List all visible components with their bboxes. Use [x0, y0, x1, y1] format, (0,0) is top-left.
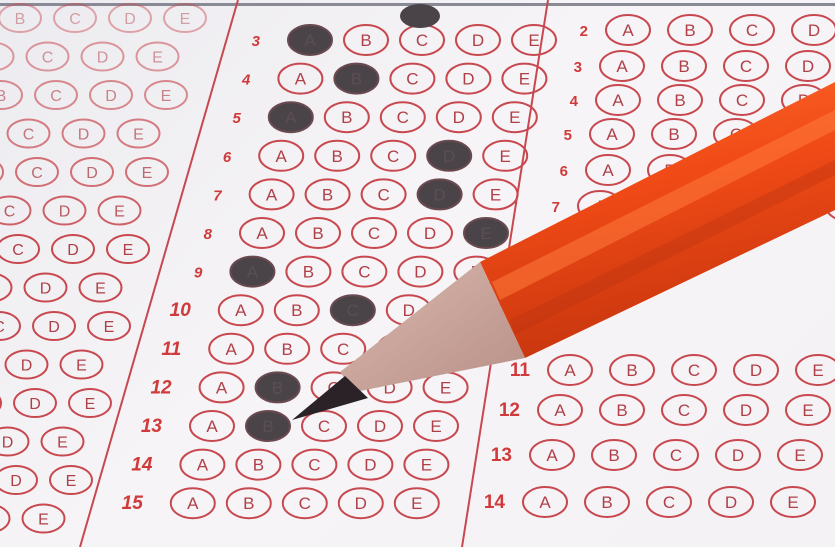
answer-bubble: E — [796, 355, 835, 385]
svg-text:B: B — [601, 493, 612, 512]
answer-bubble: B — [334, 64, 378, 94]
svg-text:E: E — [459, 301, 470, 320]
svg-text:C: C — [69, 11, 81, 28]
svg-text:C: C — [740, 57, 752, 76]
svg-text:C: C — [736, 91, 748, 110]
svg-text:A: A — [612, 91, 624, 110]
svg-text:E: E — [95, 281, 106, 298]
svg-text:A: A — [606, 125, 618, 144]
svg-text:E: E — [76, 358, 87, 375]
svg-text:C: C — [12, 242, 24, 259]
answer-bubble: E — [404, 450, 448, 480]
svg-text:D: D — [40, 281, 52, 298]
svg-text:A: A — [539, 493, 551, 512]
answer-bubble: C — [662, 395, 706, 425]
answer-bubble: E — [778, 440, 822, 470]
svg-text:D: D — [124, 11, 136, 28]
svg-text:D: D — [48, 319, 60, 336]
answer-bubble: A — [219, 295, 263, 325]
svg-text:D: D — [808, 21, 820, 40]
svg-text:A: A — [216, 378, 228, 397]
answer-bubble: D — [709, 487, 753, 517]
svg-text:B: B — [668, 125, 679, 144]
svg-text:D: D — [97, 50, 109, 67]
svg-text:C: C — [746, 21, 758, 40]
svg-text:E: E — [500, 147, 511, 166]
svg-text:E: E — [180, 11, 191, 28]
svg-text:D: D — [383, 378, 395, 397]
question-number: 11 — [510, 360, 531, 381]
question-number: 4 — [241, 72, 251, 89]
svg-text:E: E — [794, 446, 805, 465]
svg-text:B: B — [608, 446, 619, 465]
answer-bubble: D — [427, 141, 471, 171]
answer-bubble: E — [826, 191, 835, 221]
svg-text:E: E — [57, 435, 68, 452]
svg-text:A: A — [187, 494, 199, 513]
svg-text:B: B — [272, 378, 283, 397]
svg-text:A: A — [285, 108, 297, 127]
svg-text:D: D — [780, 197, 792, 216]
answer-bubble: E — [424, 372, 468, 402]
svg-text:C: C — [416, 31, 428, 50]
question-number: 4 — [570, 93, 579, 110]
answer-bubble: A — [578, 191, 622, 221]
answer-bubble: B — [648, 155, 692, 185]
svg-text:C: C — [299, 494, 311, 513]
answer-bubble: C — [720, 85, 764, 115]
answer-bubble: A — [600, 51, 644, 81]
svg-text:B: B — [351, 70, 362, 89]
svg-text:E: E — [38, 512, 49, 529]
svg-text:B: B — [15, 11, 26, 28]
bubble — [0, 505, 10, 533]
answer-bubble: E — [483, 141, 527, 171]
question-number: 12 — [150, 377, 172, 398]
svg-text:D: D — [750, 361, 762, 380]
svg-text:E: E — [152, 50, 163, 67]
answer-bubble: C — [302, 411, 346, 441]
answer-bubble: D — [387, 295, 431, 325]
answer-bubble: C — [283, 488, 327, 518]
answer-bubble: A — [230, 257, 274, 287]
answer-bubble: A — [171, 488, 215, 518]
answer-bubble: A — [590, 119, 634, 149]
question-number: 13 — [491, 445, 512, 466]
answer-bubble: C — [342, 257, 386, 287]
answer-bubble: C — [292, 450, 336, 480]
svg-text:B: B — [312, 224, 323, 243]
svg-text:C: C — [406, 70, 418, 89]
question-number: 5 — [564, 127, 572, 144]
answer-bubble: A — [250, 179, 294, 209]
svg-text:B: B — [341, 108, 352, 127]
answer-bubble: E — [512, 25, 556, 55]
svg-text:D: D — [453, 108, 465, 127]
svg-text:E: E — [133, 127, 144, 144]
svg-text:E: E — [85, 396, 96, 413]
svg-text:A: A — [622, 21, 634, 40]
answer-bubble: B — [256, 372, 300, 402]
svg-text:D: D — [393, 340, 405, 359]
svg-text:E: E — [142, 165, 153, 182]
answer-bubble: D — [724, 395, 768, 425]
answer-bubble: A — [548, 355, 592, 385]
answer-bubble: D — [734, 355, 778, 385]
svg-text:C: C — [730, 125, 742, 144]
svg-text:A: A — [304, 31, 316, 50]
svg-text:D: D — [414, 263, 426, 282]
answer-bubble: A — [269, 102, 313, 132]
svg-text:B: B — [674, 91, 685, 110]
svg-text:B: B — [626, 361, 637, 380]
svg-text:D: D — [78, 127, 90, 144]
answer-bubble: D — [358, 411, 402, 441]
svg-text:E: E — [430, 417, 441, 436]
svg-text:C: C — [678, 401, 690, 420]
answer-bubble: D — [398, 257, 442, 287]
svg-text:E: E — [161, 88, 172, 105]
answer-bubble: C — [702, 191, 746, 221]
answer-bubble: C — [724, 51, 768, 81]
question-number: 3 — [574, 59, 582, 76]
svg-text:D: D — [355, 494, 367, 513]
answer-bubble: B — [668, 15, 712, 45]
svg-text:E: E — [787, 493, 798, 512]
svg-text:C: C — [368, 224, 380, 243]
answer-bubble: A — [530, 440, 574, 470]
answer-bubble: D — [368, 372, 412, 402]
answer-bubble: C — [710, 155, 754, 185]
answer-bubble: C — [312, 372, 356, 402]
svg-text:B: B — [678, 57, 689, 76]
svg-text:E: E — [421, 456, 432, 475]
answer-bubble: E — [395, 488, 439, 518]
svg-text:D: D — [792, 125, 804, 144]
svg-text:D: D — [403, 301, 415, 320]
answer-bubble: D — [339, 488, 383, 518]
answer-bubble: B — [610, 355, 654, 385]
svg-text:C: C — [663, 493, 675, 512]
answer-bubble: C — [647, 487, 691, 517]
svg-text:D: D — [105, 88, 117, 105]
svg-text:E: E — [104, 319, 115, 336]
svg-text:C: C — [327, 378, 339, 397]
svg-text:C: C — [308, 456, 320, 475]
svg-text:A: A — [554, 401, 566, 420]
answer-bubble: E — [433, 334, 477, 364]
answer-bubble: E — [414, 411, 458, 441]
question-number: 12 — [499, 400, 520, 421]
svg-text:B: B — [291, 301, 302, 320]
answer-bubble: C — [362, 179, 406, 209]
filled-bubble — [400, 4, 440, 28]
bubble — [0, 158, 3, 186]
svg-text:D: D — [10, 473, 22, 490]
svg-text:D: D — [798, 91, 810, 110]
svg-text:E: E — [509, 108, 520, 127]
answer-bubble: B — [652, 119, 696, 149]
svg-text:E: E — [471, 263, 482, 282]
svg-text:C: C — [42, 50, 54, 67]
answer-bubble: A — [523, 487, 567, 517]
answer-bubble: C — [371, 141, 415, 171]
question-number: 15 — [122, 493, 144, 514]
svg-text:C: C — [726, 161, 738, 180]
svg-text:D: D — [802, 57, 814, 76]
answer-bubble: D — [782, 85, 826, 115]
svg-text:E: E — [519, 70, 530, 89]
answer-bubble: B — [344, 25, 388, 55]
svg-text:D: D — [725, 493, 737, 512]
answer-bubble: C — [654, 440, 698, 470]
answer-bubble: A — [209, 334, 253, 364]
svg-text:E: E — [490, 185, 501, 204]
svg-text:A: A — [226, 340, 238, 359]
answer-bubble: D — [764, 191, 808, 221]
svg-text:A: A — [197, 456, 209, 475]
svg-text:B: B — [664, 161, 675, 180]
svg-text:C: C — [347, 301, 359, 320]
svg-text:C: C — [31, 165, 43, 182]
bubble — [0, 274, 12, 302]
question-number: 9 — [194, 265, 203, 282]
svg-text:E: E — [802, 401, 813, 420]
svg-text:E: E — [66, 473, 77, 490]
question-number: 13 — [141, 416, 163, 437]
answer-bubble: B — [275, 295, 319, 325]
answer-bubble: A — [538, 395, 582, 425]
answer-bubble: C — [400, 25, 444, 55]
answer-bubble: D — [408, 218, 452, 248]
answer-bubble: B — [306, 179, 350, 209]
svg-text:D: D — [21, 358, 33, 375]
bubble — [0, 389, 1, 417]
answer-bubble: C — [352, 218, 396, 248]
svg-text:C: C — [377, 185, 389, 204]
svg-text:C: C — [387, 147, 399, 166]
question-number: 14 — [484, 492, 506, 513]
answer-bubble: B — [296, 218, 340, 248]
svg-text:C: C — [0, 319, 5, 336]
answer-bubble: B — [227, 488, 271, 518]
svg-text:B: B — [616, 401, 627, 420]
svg-text:C: C — [358, 263, 370, 282]
answer-bubble: A — [606, 15, 650, 45]
svg-text:A: A — [266, 185, 278, 204]
answer-bubble: C — [730, 15, 774, 45]
answer-bubble: D — [446, 64, 490, 94]
answer-bubble: E — [502, 64, 546, 94]
svg-text:B: B — [332, 147, 343, 166]
answer-bubble: A — [596, 85, 640, 115]
svg-text:B: B — [0, 88, 6, 105]
svg-text:E: E — [480, 224, 491, 243]
svg-text:C: C — [670, 446, 682, 465]
svg-text:D: D — [443, 147, 455, 166]
svg-text:A: A — [616, 57, 628, 76]
answer-bubble: C — [672, 355, 716, 385]
answer-bubble: D — [792, 15, 835, 45]
svg-text:E: E — [411, 494, 422, 513]
svg-text:D: D — [472, 31, 484, 50]
svg-text:C: C — [718, 197, 730, 216]
answer-bubble: D — [716, 440, 760, 470]
svg-text:B: B — [243, 494, 254, 513]
svg-text:B: B — [262, 417, 273, 436]
question-number: 14 — [131, 455, 153, 476]
answer-bubble: A — [200, 372, 244, 402]
svg-text:D: D — [732, 446, 744, 465]
svg-text:D: D — [424, 224, 436, 243]
svg-text:C: C — [337, 340, 349, 359]
svg-text:B: B — [360, 31, 371, 50]
answer-bubble: A — [586, 155, 630, 185]
answer-bubble: B — [286, 257, 330, 287]
svg-text:E: E — [528, 31, 539, 50]
answer-bubble: B — [640, 191, 684, 221]
svg-text:D: D — [374, 417, 386, 436]
question-number: 7 — [213, 187, 222, 204]
answer-bubble: C — [321, 334, 365, 364]
svg-text:B: B — [656, 197, 667, 216]
svg-text:C: C — [397, 108, 409, 127]
answer-bubble: D — [772, 155, 816, 185]
svg-text:D: D — [364, 456, 376, 475]
answer-bubble: E — [771, 487, 815, 517]
photo-scene: BCDEBCDEBCDECDEBCDECDECDECDECDEDECDEDEDE… — [0, 0, 835, 547]
answer-bubble: E — [443, 295, 487, 325]
svg-text:D: D — [29, 396, 41, 413]
answer-bubble: A — [259, 141, 303, 171]
svg-text:A: A — [546, 446, 558, 465]
answer-bubble: B — [325, 102, 369, 132]
svg-text:A: A — [594, 197, 606, 216]
answer-bubble: B — [236, 450, 280, 480]
answer-bubble: D — [418, 179, 462, 209]
svg-text:E: E — [123, 242, 134, 259]
svg-text:D: D — [67, 242, 79, 259]
svg-text:C: C — [23, 127, 35, 144]
answer-bubble: D — [437, 102, 481, 132]
svg-text:B: B — [253, 456, 264, 475]
svg-text:A: A — [295, 70, 307, 89]
svg-text:A: A — [602, 161, 614, 180]
omr-answer-sheet: BCDEBCDEBCDECDEBCDECDECDECDECDEDECDEDEDE… — [0, 0, 835, 547]
answer-bubble: A — [278, 64, 322, 94]
answer-bubble: A — [288, 25, 332, 55]
answer-bubble: B — [592, 440, 636, 470]
svg-text:D: D — [788, 161, 800, 180]
answer-bubble: A — [240, 218, 284, 248]
answer-bubble: B — [265, 334, 309, 364]
answer-bubble: D — [348, 450, 392, 480]
svg-text:A: A — [235, 301, 247, 320]
bubble — [0, 43, 14, 71]
question-number: 10 — [170, 300, 192, 321]
svg-text:B: B — [282, 340, 293, 359]
svg-text:D: D — [59, 204, 71, 221]
answer-bubble: E — [464, 218, 508, 248]
svg-text:E: E — [440, 378, 451, 397]
answer-bubble: B — [662, 51, 706, 81]
question-number: 2 — [580, 23, 588, 40]
svg-text:B: B — [684, 21, 695, 40]
svg-text:A: A — [206, 417, 218, 436]
svg-text:A: A — [564, 361, 576, 380]
question-number: 3 — [252, 33, 261, 50]
question-number: 7 — [552, 199, 560, 216]
svg-text:D: D — [2, 435, 14, 452]
answer-bubble: C — [381, 102, 425, 132]
answer-bubble: C — [390, 64, 434, 94]
svg-text:D: D — [740, 401, 752, 420]
svg-text:D: D — [86, 165, 98, 182]
answer-bubble: E — [786, 395, 830, 425]
answer-bubble: B — [600, 395, 644, 425]
answer-bubble: B — [315, 141, 359, 171]
svg-text:E: E — [450, 340, 461, 359]
answer-bubble: E — [474, 179, 518, 209]
answer-bubble: B — [658, 85, 702, 115]
svg-text:B: B — [322, 185, 333, 204]
answer-bubble: B — [585, 487, 629, 517]
svg-text:D: D — [462, 70, 474, 89]
svg-text:A: A — [256, 224, 268, 243]
question-number: 6 — [560, 163, 568, 180]
svg-text:C: C — [4, 204, 16, 221]
svg-text:B: B — [303, 263, 314, 282]
question-number: 8 — [204, 226, 213, 243]
svg-text:E: E — [812, 361, 823, 380]
question-number: 5 — [232, 110, 241, 127]
svg-text:A: A — [247, 263, 259, 282]
answer-bubble: B — [246, 411, 290, 441]
svg-text:E: E — [114, 204, 125, 221]
answer-bubble: D — [456, 25, 500, 55]
answer-bubble: D — [786, 51, 830, 81]
answer-bubble: C — [714, 119, 758, 149]
question-number: 11 — [161, 339, 181, 360]
answer-bubble: D — [377, 334, 421, 364]
answer-bubble: D — [776, 119, 820, 149]
svg-text:C: C — [50, 88, 62, 105]
svg-text:A: A — [276, 147, 288, 166]
svg-text:C: C — [688, 361, 700, 380]
answer-bubble: A — [180, 450, 224, 480]
answer-bubble: E — [454, 257, 498, 287]
answer-bubble: A — [190, 411, 234, 441]
svg-text:C: C — [318, 417, 330, 436]
question-number: 6 — [223, 149, 232, 166]
svg-text:D: D — [433, 185, 445, 204]
answer-bubble: C — [331, 295, 375, 325]
